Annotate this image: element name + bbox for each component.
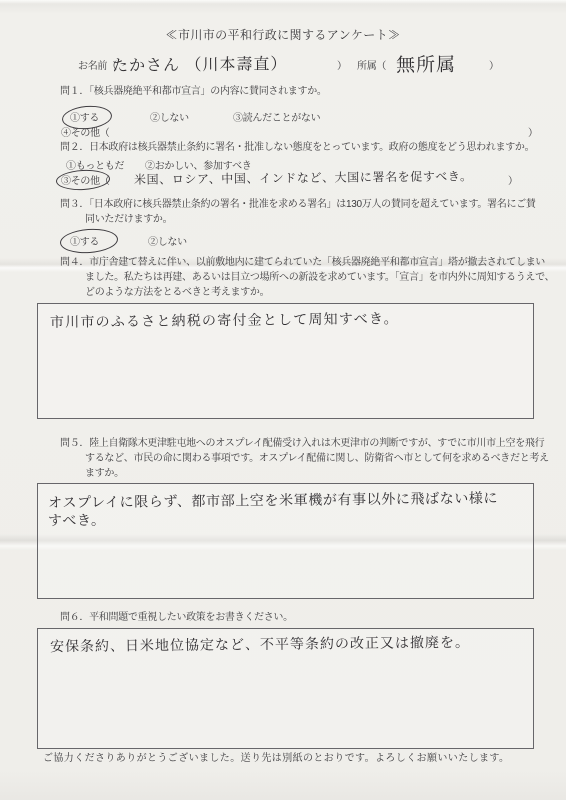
survey-title: ≪市川市の平和行政に関するアンケート≫: [0, 29, 566, 42]
q4-text-line2: ました。私たちは再建、あるいは目立つ場所への新設を求めています。「宣言」を市内外…: [85, 271, 554, 284]
q3-text-line2: 同いただけますか。: [85, 213, 172, 226]
q4-text-line1: 問４．市庁舎建て替えに伴い、以前敷地内に建てられていた「核兵器廃絶平和都市宣言」…: [60, 256, 545, 269]
affiliation-paren-close: ）: [489, 60, 499, 73]
footer-text: ご協力くださりありがとうございました。送り先は別紙のとおりです。よろしくお願いい…: [43, 752, 509, 765]
name-paren-close: ）: [337, 60, 347, 73]
paper-crease: [0, 770, 566, 800]
q3-option-2: ②しない: [148, 236, 187, 249]
q4-answer-handwritten: 市川市のふるさと納税の寄付金として周知すべき。: [50, 308, 399, 332]
q1-option-3: ③読んだことがない: [233, 112, 320, 125]
q5-text-line1: 問５．陸上自衛隊木更津駐屯地へのオスプレイ配備受け入れは木更津市の判断ですが、す…: [60, 437, 544, 450]
q2-option-3-paren-close: ）: [508, 175, 518, 188]
q5-text-line3: ますか。: [85, 467, 124, 480]
q2-other-answer-handwritten: 米国、ロシア、中国、インドなど、大国に署名を促すべき。: [134, 167, 473, 188]
q2-text: 問２．日本政府は核兵器禁止条約に署名・批准しない態度をとっています。政府の態度を…: [60, 141, 534, 154]
q4-text-line3: どのような方法をとるべきと考えますか。: [85, 286, 269, 299]
affiliation-label: 所属（: [357, 60, 386, 73]
q3-selected-circle-annotation: [59, 227, 119, 255]
q5-text-line2: するなど、市民の命に関わる事項です。オスプレイ配備に関し、防衛省へ市として何を求…: [85, 452, 549, 465]
q1-option-2: ②しない: [150, 112, 189, 125]
scanned-survey-page: ≪市川市の平和行政に関するアンケート≫ お名前（ たかさん （川本壽直） ） 所…: [0, 0, 566, 800]
q3-text-line1: 問３．「日本政府に核兵器禁止条約の署名・批准を求める署名」は130万人の賛同を超…: [60, 198, 536, 211]
q5-answer-line2-handwritten: すべき。: [48, 510, 106, 531]
q1-option-4-paren-close: ）: [528, 127, 538, 140]
q1-option-4: ④その他（: [61, 127, 110, 140]
q1-text: 問１．「核兵器廃絶平和都市宣言」の内容に賛同されますか。: [60, 85, 327, 98]
q6-text: 問６．平和問題で重視したい政策をお書きください。: [60, 611, 293, 624]
affiliation-value-handwritten: 無所属: [396, 50, 456, 78]
name-value-handwritten: たかさん （川本壽直）: [112, 51, 288, 76]
